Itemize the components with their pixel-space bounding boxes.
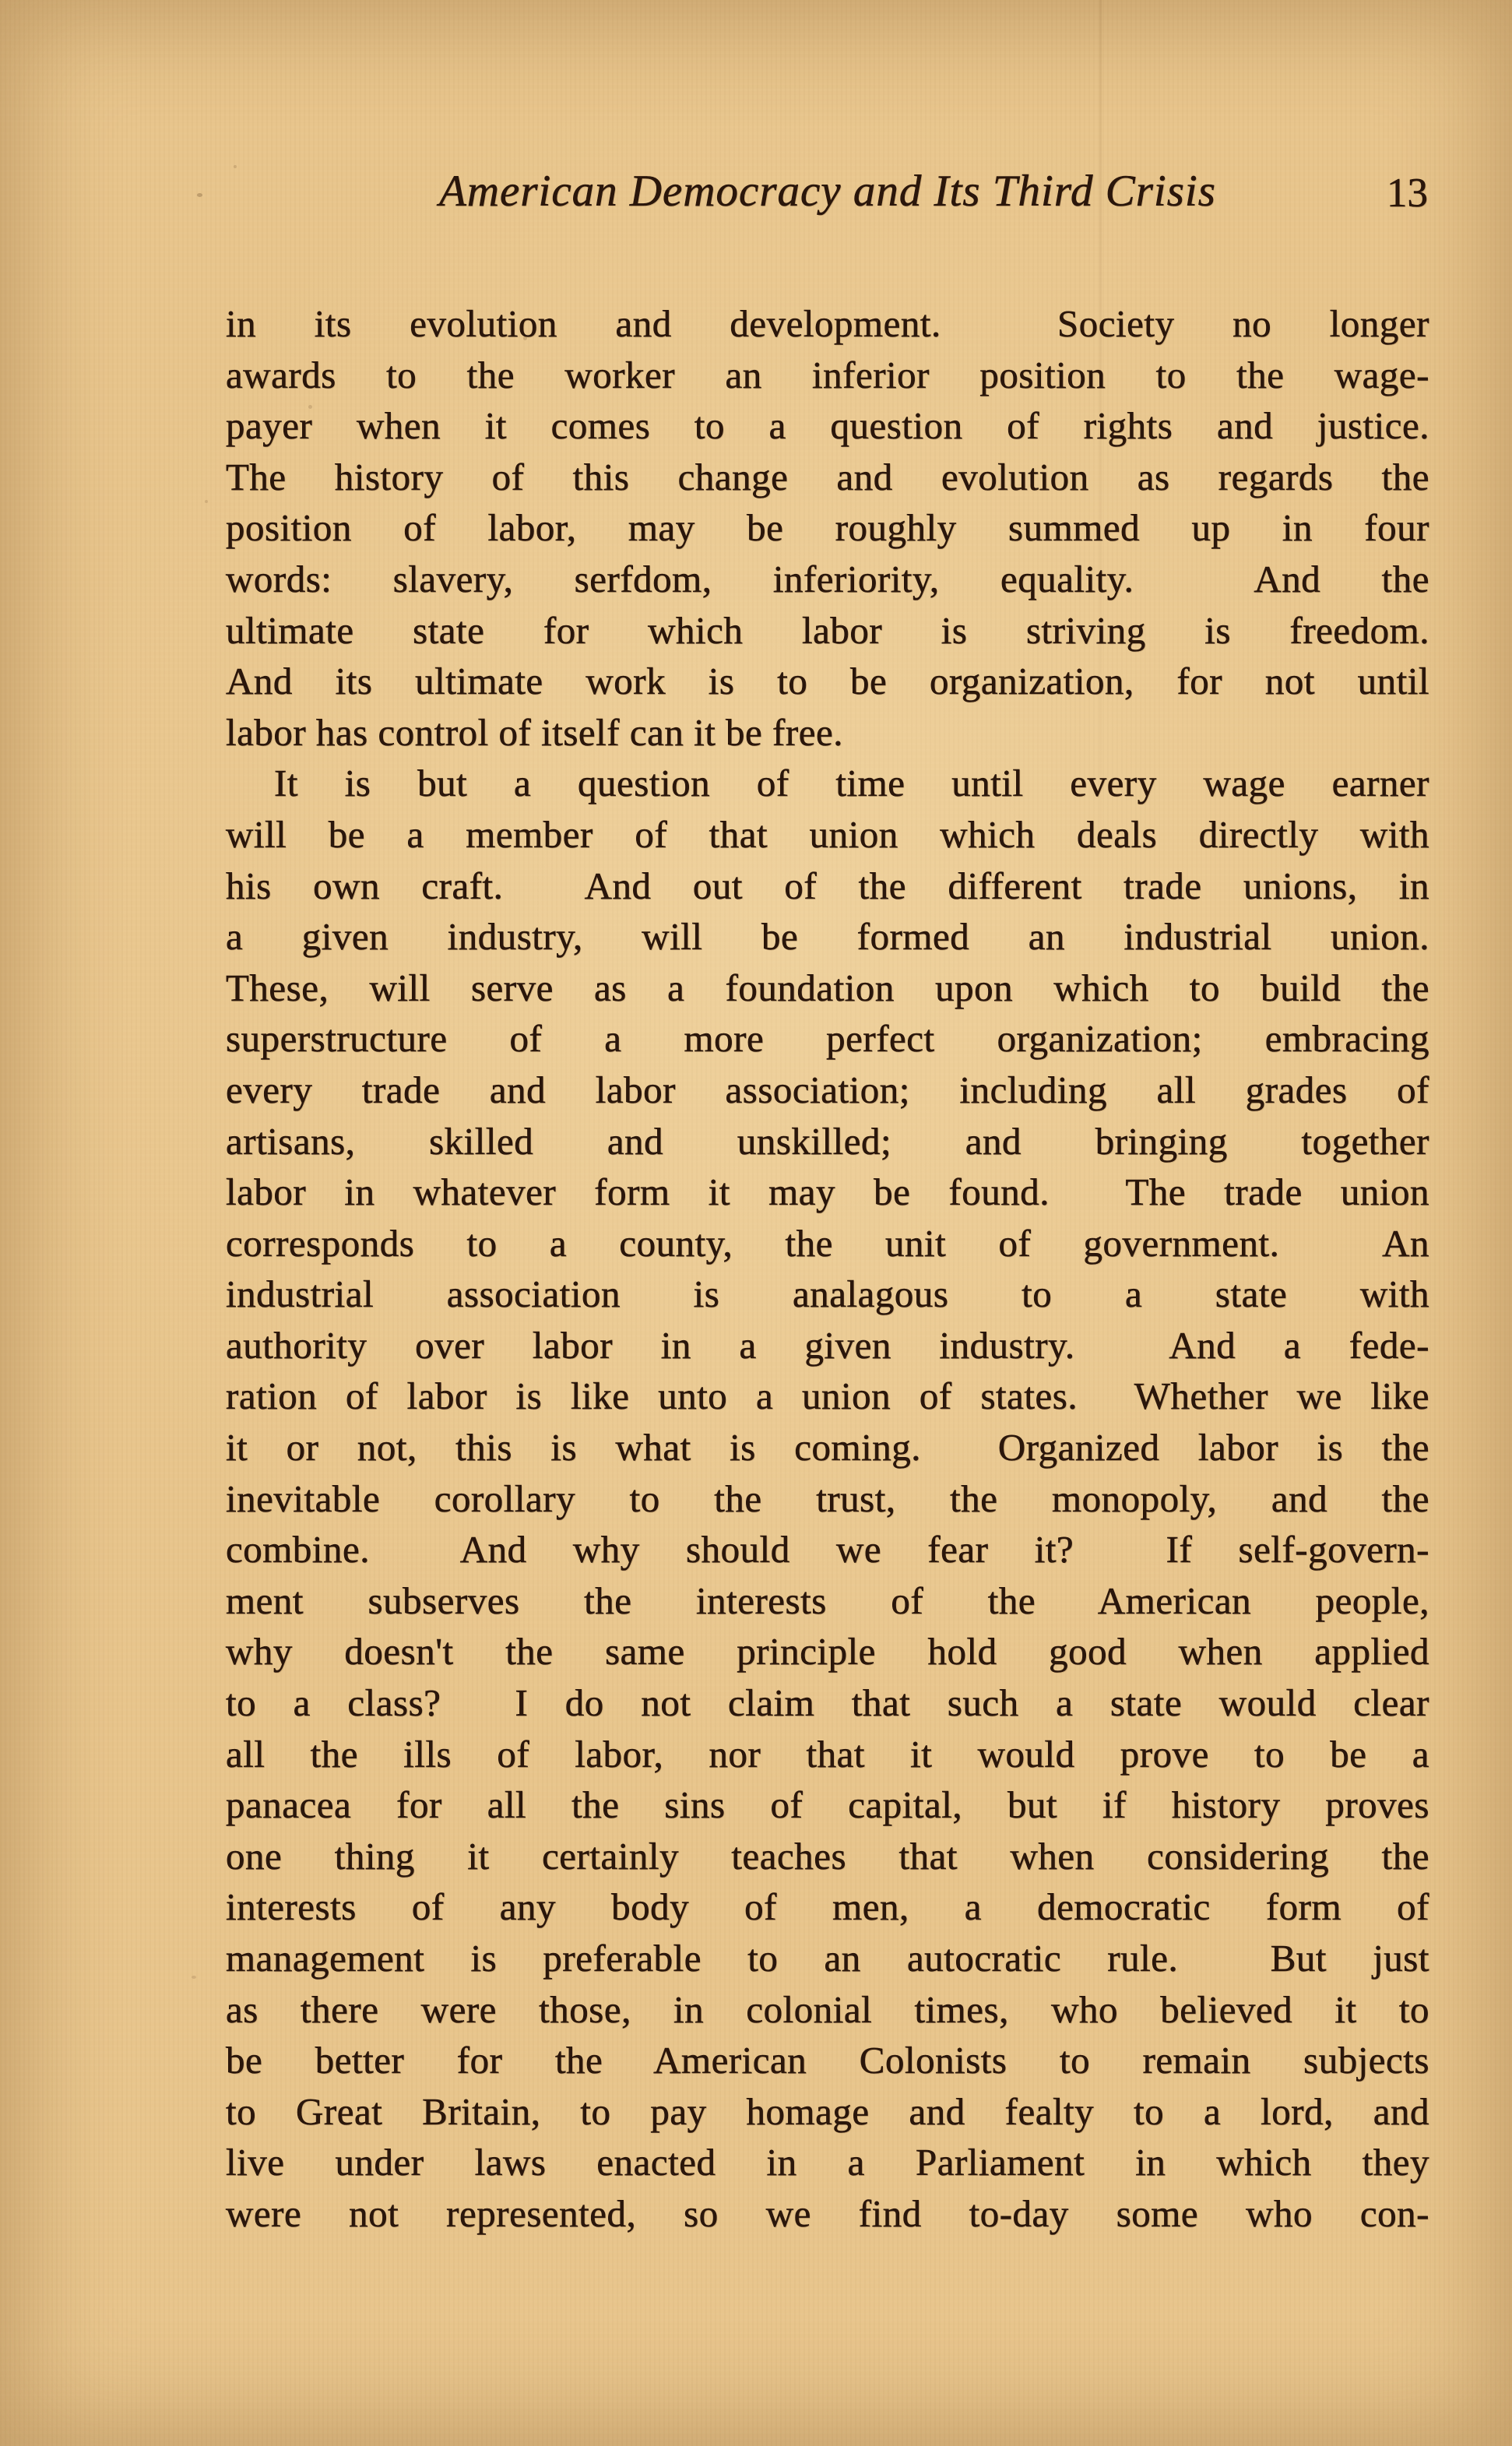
text-line: why doesn't the same principle hold good… (226, 1626, 1429, 1677)
text-line: were not represented, so we find to-day … (226, 2188, 1429, 2240)
text-line: be better for the American Colonists to … (226, 2035, 1429, 2086)
text-line: all the ills of labor, nor that it would… (226, 1729, 1429, 1780)
text-line: ment subserves the interests of the Amer… (226, 1575, 1429, 1627)
text-line: position of labor, may be roughly summed… (226, 502, 1429, 554)
scanned-book-page: { "page": { "colors": { "paper": "#e8c58… (0, 0, 1512, 2446)
page-header: American Democracy and Its Third Crisis … (226, 160, 1429, 223)
text-line: It is but a question of time until every… (226, 758, 1429, 809)
paper-speck (192, 1976, 196, 1979)
text-line: combine. And why should we fear it? If s… (226, 1524, 1429, 1575)
page-number: 13 (1387, 162, 1428, 224)
text-line: one thing it certainly teaches that when… (226, 1831, 1429, 1882)
paper-speck (205, 500, 208, 503)
page-body: in its evolution and development. Societ… (226, 298, 1429, 2240)
paper-speck (197, 193, 202, 197)
text-line: will be a member of that union which dea… (226, 809, 1429, 860)
text-line: it or not, this is what is coming. Organ… (226, 1422, 1429, 1473)
text-line: ultimate state for which labor is strivi… (226, 605, 1429, 656)
text-line: superstructure of a more perfect organiz… (226, 1013, 1429, 1065)
text-line: panacea for all the sins of capital, but… (226, 1779, 1429, 1831)
text-line: live under laws enacted in a Parliament … (226, 2137, 1429, 2188)
text-line: The history of this change and evolution… (226, 452, 1429, 503)
text-line: payer when it comes to a question of rig… (226, 400, 1429, 452)
text-line: authority over labor in a given industry… (226, 1320, 1429, 1371)
text-line: corresponds to a county, the unit of gov… (226, 1218, 1429, 1269)
text-line: And its ultimate work is to be organizat… (226, 656, 1429, 707)
running-title: American Democracy and Its Third Crisis (226, 160, 1429, 223)
text-line: words: slavery, serfdom, inferiority, eq… (226, 554, 1429, 605)
text-line: industrial association is analagous to a… (226, 1269, 1429, 1320)
text-line: in its evolution and development. Societ… (226, 298, 1429, 350)
text-line: to Great Britain, to pay homage and feal… (226, 2086, 1429, 2138)
text-line: to a class? I do not claim that such a s… (226, 1677, 1429, 1729)
text-line: a given industry, will be formed an indu… (226, 911, 1429, 963)
text-line: labor in whatever form it may be found. … (226, 1167, 1429, 1218)
text-line: his own craft. And out of the different … (226, 860, 1429, 912)
text-line: management is preferable to an autocrati… (226, 1933, 1429, 1984)
text-line: ration of labor is like unto a union of … (226, 1371, 1429, 1422)
text-line: every trade and labor association; inclu… (226, 1065, 1429, 1116)
text-line: interests of any body of men, a democrat… (226, 1881, 1429, 1933)
text-line: artisans, skilled and unskilled; and bri… (226, 1116, 1429, 1167)
text-line: These, will serve as a foundation upon w… (226, 963, 1429, 1014)
text-line: labor has control of itself can it be fr… (226, 707, 1429, 758)
text-line: inevitable corollary to the trust, the m… (226, 1473, 1429, 1525)
text-line: awards to the worker an inferior positio… (226, 350, 1429, 401)
text-line: as there were those, in colonial times, … (226, 1984, 1429, 2036)
